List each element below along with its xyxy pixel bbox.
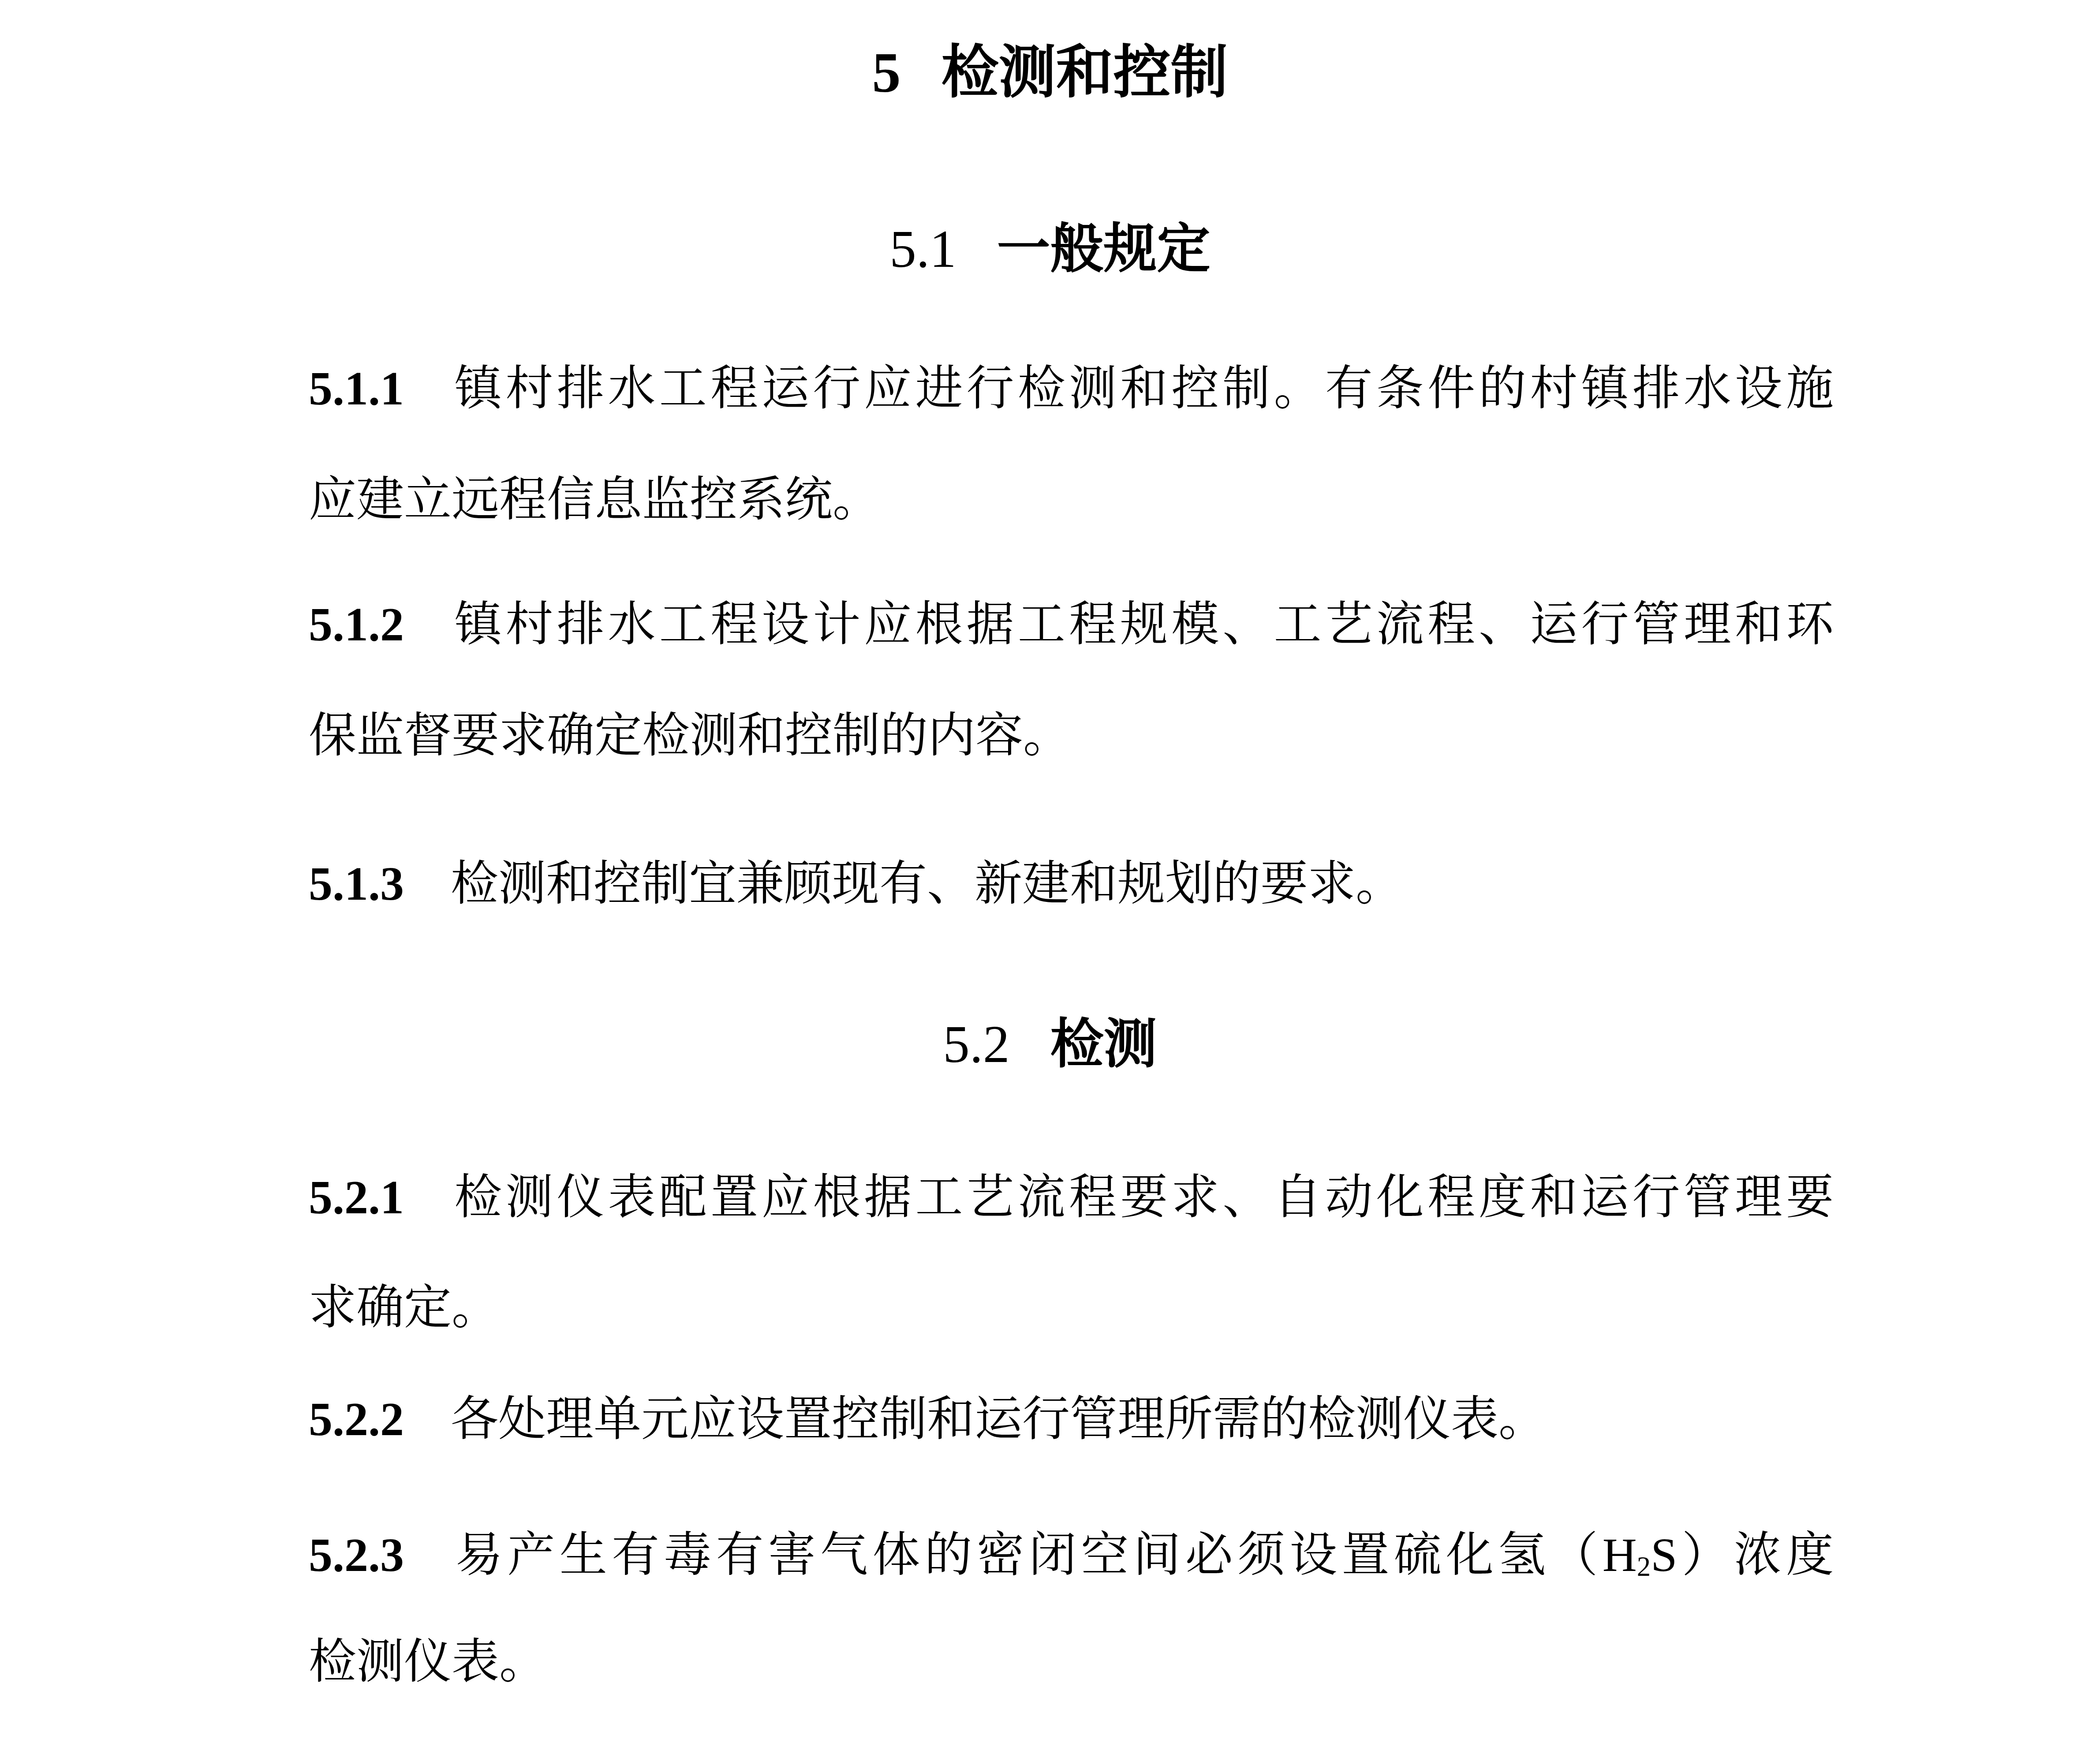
clause-5-1-1-line-1: 5.1.1镇村排水工程运行应进行检测和控制。有条件的村镇排水设施 bbox=[309, 363, 1834, 415]
clause-number: 5.2.2 bbox=[309, 1393, 404, 1446]
chapter-heading: 5检测和控制 bbox=[0, 44, 2100, 101]
section-heading-5-2: 5.2检测 bbox=[0, 1018, 2100, 1071]
clause-5-2-1-line-2: 求确定。 bbox=[309, 1282, 1834, 1334]
chapter-title: 检测和控制 bbox=[941, 41, 1228, 105]
clause-text: 镇村排水工程设计应根据工程规模、工艺流程、运行管理和环 bbox=[451, 598, 1834, 651]
clause-text-pre: 易产生有毒有害气体的密闭空间必须设置硫化氢（H bbox=[451, 1529, 1637, 1582]
h2s-subscript: 2 bbox=[1637, 1551, 1651, 1582]
section-heading-5-1: 5.1一般规定 bbox=[0, 223, 2100, 276]
clause-5-1-3-line-1: 5.1.3检测和控制宜兼顾现有、新建和规划的要求。 bbox=[309, 858, 1834, 910]
clause-text: 各处理单元应设置控制和运行管理所需的检测仪表。 bbox=[451, 1393, 1546, 1446]
clause-5-1-2-line-1: 5.1.2镇村排水工程设计应根据工程规模、工艺流程、运行管理和环 bbox=[309, 599, 1834, 651]
clause-5-2-1-line-1: 5.2.1检测仪表配置应根据工艺流程要求、自动化程度和运行管理要 bbox=[309, 1172, 1834, 1224]
section-title: 一般规定 bbox=[997, 220, 1211, 279]
clause-number: 5.1.2 bbox=[309, 598, 404, 651]
section-number: 5.2 bbox=[943, 1015, 1009, 1074]
clause-5-1-2-line-2: 保监督要求确定检测和控制的内容。 bbox=[309, 710, 1834, 762]
clause-text: 镇村排水工程运行应进行检测和控制。有条件的村镇排水设施 bbox=[451, 363, 1834, 415]
clause-number: 5.1.3 bbox=[309, 858, 404, 910]
chapter-number: 5 bbox=[872, 41, 901, 105]
clause-number: 5.1.1 bbox=[309, 363, 404, 415]
clause-text: 检测和控制宜兼顾现有、新建和规划的要求。 bbox=[451, 858, 1403, 910]
section-title: 检测 bbox=[1050, 1015, 1157, 1074]
clause-5-1-1-line-2: 应建立远程信息监控系统。 bbox=[309, 474, 1834, 526]
clause-text-post: S）浓度 bbox=[1651, 1529, 1834, 1582]
clause-5-2-2-line-1: 5.2.2各处理单元应设置控制和运行管理所需的检测仪表。 bbox=[309, 1394, 1834, 1446]
clause-5-2-3-line-1: 5.2.3易产生有毒有害气体的密闭空间必须设置硫化氢（H2S）浓度 bbox=[309, 1530, 1834, 1582]
clause-text: 检测仪表配置应根据工艺流程要求、自动化程度和运行管理要 bbox=[451, 1171, 1834, 1224]
document-page: { "page": { "background_color": "#ffffff… bbox=[0, 0, 2100, 1754]
clause-number: 5.2.3 bbox=[309, 1529, 404, 1582]
clause-number: 5.2.1 bbox=[309, 1171, 404, 1224]
clause-5-2-3-line-2: 检测仪表。 bbox=[309, 1636, 1834, 1688]
section-number: 5.1 bbox=[889, 220, 956, 279]
